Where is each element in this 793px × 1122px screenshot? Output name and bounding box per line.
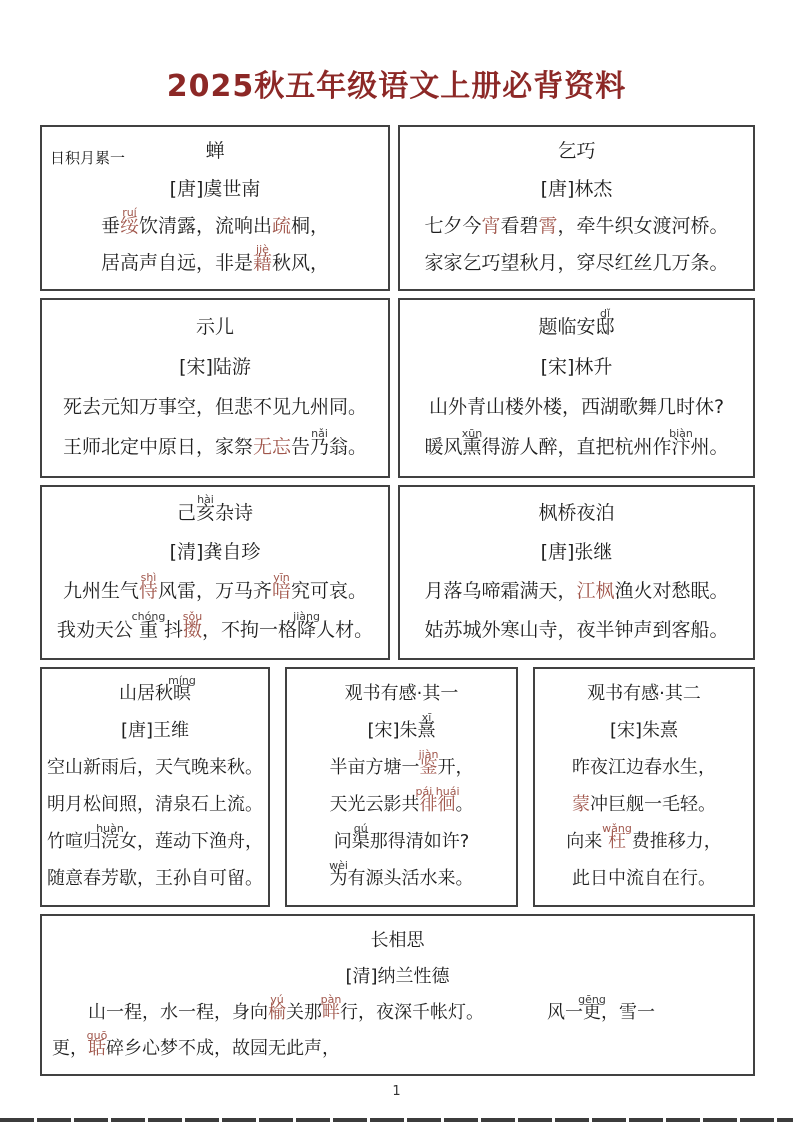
annotated-char: jiè藉: [253, 252, 272, 276]
pinyin-annotation: huàn: [96, 823, 124, 834]
text-segment: [宋]林升: [541, 356, 613, 378]
pinyin-annotation: sǒu: [183, 611, 202, 622]
poem-line: 随意春芳歇，王孙自可留。: [42, 868, 268, 891]
poem-line: 死去元知万事空，但悲不见九州同。: [42, 396, 388, 420]
poem-author: [宋]林升: [541, 356, 613, 380]
text-segment: 桐，: [291, 215, 329, 237]
text-segment: 明月松间照，清泉石上流。: [47, 794, 263, 815]
highlighted-text: 宵: [481, 215, 500, 237]
text-segment: 我劝天公: [57, 619, 139, 641]
poem-author: [宋]朱xī熹: [367, 720, 435, 743]
document-page: 2025秋五年级语文上册必背资料 日积月累一蝉[唐]虞世南垂ruí绥饮清露，流响…: [0, 0, 793, 1122]
poem-box-guanshu-yougan-2: 观书有感·其二[宋]朱熹昨夜江边春水生，蒙冲巨舰一毛轻。向来 wǎng枉 费推移…: [533, 667, 755, 907]
text-segment: 秋风，: [272, 252, 329, 274]
pinyin-annotation: hài: [197, 494, 214, 505]
text-segment: ，不拘一格: [202, 619, 297, 641]
annotated-char: shì恃: [139, 580, 158, 604]
poem-line: wèi为有源头活水来。: [287, 868, 516, 891]
text-segment: 冲巨舰一毛轻。: [590, 794, 716, 815]
poem-author: [清]龚自珍: [170, 541, 261, 565]
poem-box-qiqiao: 乞巧[唐]林杰七夕今宵看碧霄，牵牛织女渡河桥。家家乞巧望秋月，穿尽红丝几万条。: [398, 125, 755, 291]
text-segment: 天光云影共: [330, 794, 420, 815]
annotated-char: wǎng枉: [608, 831, 626, 854]
annotated-char: pái huái徘徊: [420, 794, 456, 817]
poem-title: 枫桥夜泊: [538, 502, 614, 526]
poem-line: 我劝天公 chóng重 抖sǒu擞，不拘一格jiàng降人材。: [42, 619, 388, 643]
poem-author: [清]纳兰性德: [345, 966, 449, 989]
annotated-char: yīn喑: [272, 580, 291, 604]
annotated-char: xūn熏: [462, 436, 481, 460]
text-segment: 行，夜深千帐灯。: [340, 1002, 547, 1023]
highlighted-text: 江枫: [576, 580, 614, 602]
text-segment: 姑苏城外寒山寺，夜半钟声到客船。: [424, 619, 728, 641]
poem-box-jihai-zashi: 己hài亥杂诗[清]龚自珍九州生气shì恃风雷，万马齐yīn喑究可哀。我劝天公 …: [40, 485, 390, 660]
text-segment: 空山新雨后，天气晚来秋。: [47, 757, 263, 778]
poem-box-chan: 日积月累一蝉[唐]虞世南垂ruí绥饮清露，流响出疏桐，居高声自远，非是jiè藉秋…: [40, 125, 390, 291]
poem-author: [唐]张继: [541, 541, 613, 565]
text-segment: 碎乡心梦不成，故园无此声，: [106, 1038, 340, 1059]
poem-line: 月落乌啼霜满天，江枫渔火对愁眠。: [400, 580, 753, 604]
poem-author: [宋]朱熹: [610, 720, 678, 743]
pinyin-annotation: wǎng: [602, 823, 632, 834]
text-segment: 州。: [691, 436, 729, 458]
text-segment: 家家乞巧望秋月，穿尽红丝几万条。: [424, 252, 728, 274]
poem-line: 居高声自远，非是jiè藉秋风，: [42, 252, 388, 276]
annotated-char: pàn畔: [322, 1002, 340, 1025]
text-segment: 竹喧归: [47, 831, 101, 852]
text-segment: 费推移力，: [626, 831, 722, 852]
text-segment: 昨夜江边春水生，: [572, 757, 716, 778]
text-segment: 七夕今: [424, 215, 481, 237]
page-number: 1: [0, 1084, 793, 1099]
poem-row-1: 日积月累一蝉[唐]虞世南垂ruí绥饮清露，流响出疏桐，居高声自远，非是jiè藉秋…: [40, 125, 755, 291]
pinyin-annotation: yú: [270, 994, 283, 1005]
pinyin-annotation: qú: [354, 823, 368, 834]
poem-row-4: 山居秋míng暝[唐]王维空山新雨后，天气晚来秋。明月松间照，清泉石上流。竹喧归…: [40, 667, 755, 907]
poem-line: 空山新雨后，天气晚来秋。: [42, 757, 268, 780]
annotated-char: xī熹: [418, 720, 436, 743]
poem-author: [唐]林杰: [541, 178, 613, 202]
pinyin-annotation: jiàng: [293, 611, 320, 622]
text-segment: 告: [291, 436, 310, 458]
poem-author: [宋]陆游: [179, 356, 251, 380]
text-segment: 示儿: [196, 316, 234, 338]
poem-line: 昨夜江边春水生，: [535, 757, 753, 780]
text-segment: 九州生气: [63, 580, 139, 602]
pinyin-annotation: guō: [87, 1030, 108, 1041]
text-segment: 人材。: [316, 619, 373, 641]
poem-title: 己hài亥杂诗: [177, 502, 253, 526]
text-segment: 风雷，万马齐: [158, 580, 272, 602]
poems-grid: 日积月累一蝉[唐]虞世南垂ruí绥饮清露，流响出疏桐，居高声自远，非是jiè藉秋…: [40, 125, 755, 1076]
text-segment: [唐]虞世南: [170, 178, 261, 200]
poem-row-3: 己hài亥杂诗[清]龚自珍九州生气shì恃风雷，万马齐yīn喑究可哀。我劝天公 …: [40, 485, 755, 660]
text-segment: 枫桥夜泊: [538, 502, 614, 524]
annotated-char: huàn浣: [101, 831, 119, 854]
annotated-char: sǒu擞: [183, 619, 202, 643]
pinyin-annotation: biàn: [669, 428, 693, 439]
poem-box-shanju-qiuming: 山居秋míng暝[唐]王维空山新雨后，天气晚来秋。明月松间照，清泉石上流。竹喧归…: [40, 667, 270, 907]
pinyin-annotation: ruí: [122, 207, 137, 218]
text-segment: 山居秋: [119, 683, 173, 704]
poem-line: 更，guō聒碎乡心梦不成，故园无此声，: [42, 1038, 753, 1061]
pinyin-annotation: xī: [422, 712, 432, 723]
poem-line: 蒙冲巨舰一毛轻。: [535, 794, 753, 817]
text-segment: [唐]王维: [121, 720, 189, 741]
annotated-char: wèi为: [330, 868, 348, 891]
text-segment: [唐]林杰: [541, 178, 613, 200]
poem-title: 山居秋míng暝: [119, 683, 191, 706]
text-segment: 居高声自远，非是: [101, 252, 253, 274]
text-segment: 己: [177, 502, 196, 524]
text-segment: 此日中流自在行。: [572, 868, 716, 889]
poem-title: 题临安dǐ邸: [538, 316, 614, 340]
text-segment: [宋]陆游: [179, 356, 251, 378]
poem-line: 七夕今宵看碧霄，牵牛织女渡河桥。: [400, 215, 753, 239]
poem-line: 暖风xūn熏得游人醉，直把杭州作biàn汴州。: [400, 436, 753, 460]
text-segment: 究可哀。: [291, 580, 367, 602]
highlighted-text: 霄: [539, 215, 558, 237]
text-segment: 杂诗: [215, 502, 253, 524]
poem-box-shi-er: 示儿[宋]陆游死去元知万事空，但悲不见九州同。王师北定中原日，家祭无忘告nǎi乃…: [40, 298, 390, 478]
text-segment: 得游人醉，直把杭州作: [481, 436, 671, 458]
poem-box-fengqiao-yebo: 枫桥夜泊[唐]张继月落乌啼霜满天，江枫渔火对愁眠。姑苏城外寒山寺，夜半钟声到客船…: [398, 485, 755, 660]
text-segment: 月落乌啼霜满天，: [424, 580, 576, 602]
annotated-char: yú榆: [268, 1002, 286, 1025]
section-label: 日积月累一: [50, 149, 125, 168]
highlighted-text: 蒙: [572, 794, 590, 815]
poem-line: 王师北定中原日，家祭无忘告nǎi乃翁。: [42, 436, 388, 460]
annotated-char: qú渠: [352, 831, 370, 854]
text-segment: 王师北定中原日，家祭: [63, 436, 253, 458]
poem-line: 姑苏城外寒山寺，夜半钟声到客船。: [400, 619, 753, 643]
poem-line: 山一程，水一程，身向yú榆关那pàn畔行，夜深千帐灯。 风一gēng更，雪一: [42, 1002, 753, 1025]
text-segment: 看碧: [500, 215, 538, 237]
poem-author: [唐]王维: [121, 720, 189, 743]
annotated-char: jiàng降: [297, 619, 316, 643]
poem-author: [唐]虞世南: [170, 178, 261, 202]
poem-title: 蝉: [205, 140, 224, 164]
text-segment: 乞巧: [557, 140, 595, 162]
poem-title: 观书有感·其二: [587, 683, 701, 706]
text-segment: 垂: [101, 215, 120, 237]
pinyin-annotation: yīn: [273, 572, 290, 583]
pinyin-annotation: shì: [141, 572, 157, 583]
poem-box-guanshu-yougan-1: 观书有感·其一[宋]朱xī熹半亩方塘一jiàn鉴开，天光云影共pái huái徘…: [285, 667, 518, 907]
next-page-edge: [0, 1118, 793, 1122]
text-segment: [宋]朱: [367, 720, 417, 741]
text-segment: 长相思: [371, 930, 425, 951]
text-segment: 翁。: [329, 436, 367, 458]
text-segment: 题临安: [538, 316, 595, 338]
annotated-char: chóng重: [139, 619, 158, 643]
poem-line: 半亩方塘一jiàn鉴开，: [287, 757, 516, 780]
poem-line: 垂ruí绥饮清露，流响出疏桐，: [42, 215, 388, 239]
annotated-char: dǐ邸: [596, 316, 615, 340]
pinyin-annotation: dǐ: [600, 308, 610, 319]
poem-row-5: 长相思[清]纳兰性德 山一程，水一程，身向yú榆关那pàn畔行，夜深千帐灯。 风…: [40, 914, 755, 1076]
pinyin-annotation: chóng: [132, 611, 166, 622]
text-segment: 问: [334, 831, 352, 852]
pinyin-annotation: xūn: [462, 428, 482, 439]
annotated-char: nǎi乃: [310, 436, 329, 460]
pinyin-annotation: nǎi: [311, 428, 328, 439]
page-title: 2025秋五年级语文上册必背资料: [0, 0, 793, 106]
text-segment: 渔火对愁眠。: [615, 580, 729, 602]
poem-title: 长相思: [371, 930, 425, 953]
annotated-char: guō聒: [88, 1038, 106, 1061]
text-segment: 随意春芳歇，王孙自可留。: [47, 868, 263, 889]
text-segment: 山外青山楼外楼，西湖歌舞几时休?: [429, 396, 724, 418]
text-segment: [清]龚自珍: [170, 541, 261, 563]
annotated-char: hài亥: [196, 502, 215, 526]
poem-line: 九州生气shì恃风雷，万马齐yīn喑究可哀。: [42, 580, 388, 604]
pinyin-annotation: jiàn: [419, 749, 439, 760]
text-segment: 那得清如许?: [370, 831, 470, 852]
poem-title: 示儿: [196, 316, 234, 340]
poem-line: 向来 wǎng枉 费推移力，: [535, 831, 753, 854]
text-segment: [宋]朱熹: [610, 720, 678, 741]
poem-line: 山外青山楼外楼，西湖歌舞几时休?: [400, 396, 753, 420]
annotated-char: gēng更: [583, 1002, 601, 1025]
text-segment: ，雪一: [601, 1002, 655, 1023]
poem-line: 家家乞巧望秋月，穿尽红丝几万条。: [400, 252, 753, 276]
text-segment: 女，莲动下渔舟，: [119, 831, 263, 852]
text-segment: 开，: [438, 757, 474, 778]
pinyin-annotation: jiè: [256, 244, 269, 255]
pinyin-annotation: wèi: [329, 860, 348, 871]
text-segment: 饮清露，流响出: [139, 215, 272, 237]
annotated-char: míng暝: [173, 683, 191, 706]
text-segment: [唐]张继: [541, 541, 613, 563]
pinyin-annotation: gēng: [578, 994, 606, 1005]
poem-box-ti-lin-an-di: 题临安dǐ邸[宋]林升山外青山楼外楼，西湖歌舞几时休?暖风xūn熏得游人醉，直把…: [398, 298, 755, 478]
poem-box-changxiangsi: 长相思[清]纳兰性德 山一程，水一程，身向yú榆关那pàn畔行，夜深千帐灯。 风…: [40, 914, 755, 1076]
poem-row-2: 示儿[宋]陆游死去元知万事空，但悲不见九州同。王师北定中原日，家祭无忘告nǎi乃…: [40, 298, 755, 478]
text-segment: 山一程，水一程，身向: [52, 1002, 268, 1023]
text-segment: 观书有感·其二: [587, 683, 701, 704]
pinyin-annotation: míng: [168, 675, 196, 686]
highlighted-text: 无忘: [253, 436, 291, 458]
text-segment: 关那: [286, 1002, 322, 1023]
text-segment: [清]纳兰性德: [345, 966, 449, 987]
poem-line: 天光云影共pái huái徘徊。: [287, 794, 516, 817]
text-segment: 半亩方塘一: [330, 757, 420, 778]
poem-title: 乞巧: [557, 140, 595, 164]
text-segment: 蝉: [205, 140, 224, 162]
text-segment: 观书有感·其一: [345, 683, 459, 704]
poem-line: 竹喧归huàn浣女，莲动下渔舟，: [42, 831, 268, 854]
text-segment: 死去元知万事空，但悲不见九州同。: [63, 396, 367, 418]
annotated-char: jiàn鉴: [420, 757, 438, 780]
text-segment: 暖风: [424, 436, 462, 458]
pinyin-annotation: pàn: [321, 994, 342, 1005]
annotated-char: biàn汴: [672, 436, 691, 460]
annotated-char: ruí绥: [120, 215, 139, 239]
pinyin-annotation: pái huái: [415, 786, 459, 797]
poem-line: 问qú渠那得清如许?: [287, 831, 516, 854]
poem-line: 此日中流自在行。: [535, 868, 753, 891]
poem-title: 观书有感·其一: [345, 683, 459, 706]
highlighted-text: 疏: [272, 215, 291, 237]
poem-line: 明月松间照，清泉石上流。: [42, 794, 268, 817]
text-segment: ，牵牛织女渡河桥。: [558, 215, 729, 237]
text-segment: 更，: [52, 1038, 88, 1059]
text-segment: 有源头活水来。: [348, 868, 474, 889]
